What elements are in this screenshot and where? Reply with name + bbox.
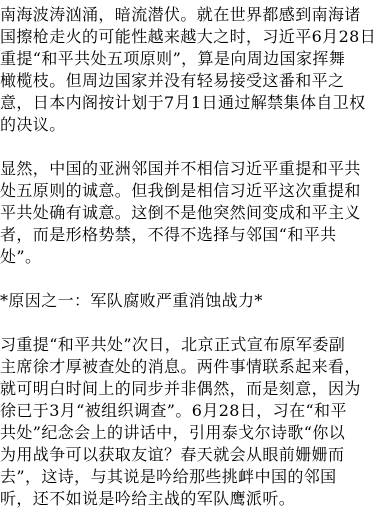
text-line: 听，还不如说是吟给主战的军队鹰派听。 [0,488,381,510]
text-line: 显然，中国的亚洲邻国并不相信习近平重提和平共 [0,158,381,180]
paragraph: 南海波涛汹涌，暗流潜伏。就在世界都感到南海诸国擦枪走火的可能性越来越大之时，习近… [0,4,381,136]
text-line: 就可明白时间上的同步并非偶然，而是刻意，因为 [0,378,381,400]
text-line: 处五原则的诚意。但我倒是相信习近平这次重提和 [0,180,381,202]
text-line: 为用战争可以获取友谊？春天就会从眼前姗姗而 [0,444,381,466]
text-line: 意，日本内阁按计划于7月1日通过解禁集体自卫权 [0,92,381,114]
text-line: 平共处确有诚意。这倒不是他突然间变成和平主义 [0,202,381,224]
section-heading: *原因之一：军队腐败严重消蚀战力* [0,290,381,312]
paragraph: 习重提“和平共处”次日，北京正式宣布原军委副主席徐才厚被查处的消息。两件事情联系… [0,334,381,510]
text-line: 橄榄枝。但周边国家并没有轻易接受这番和平之 [0,70,381,92]
text-line: 去”，这诗，与其说是吟给那些挑衅中国的邻国 [0,466,381,488]
text-line: *原因之一：军队腐败严重消蚀战力* [0,290,381,312]
text-line: 国擦枪走火的可能性越来越大之时，习近平6月28日 [0,26,381,48]
text-line: 重提“和平共处五项原则”，算是向周边国家挥舞 [0,48,381,70]
text-line: 者，而是形格势禁，不得不选择与邻国“和平共 [0,224,381,246]
text-line: 徐已于3月“被组织调查”。6月28日，习在“和平 [0,400,381,422]
text-line: 处”。 [0,246,381,268]
text-line: 习重提“和平共处”次日，北京正式宣布原军委副 [0,334,381,356]
text-line: 的决议。 [0,114,381,136]
text-line: 南海波涛汹涌，暗流潜伏。就在世界都感到南海诸 [0,4,381,26]
text-line: 共处”纪念会上的讲话中，引用泰戈尔诗歌“你以 [0,422,381,444]
article-text: 南海波涛汹涌，暗流潜伏。就在世界都感到南海诸国擦枪走火的可能性越来越大之时，习近… [0,0,381,510]
paragraph: 显然，中国的亚洲邻国并不相信习近平重提和平共处五原则的诚意。但我倒是相信习近平这… [0,158,381,268]
text-line: 主席徐才厚被查处的消息。两件事情联系起来看， [0,356,381,378]
